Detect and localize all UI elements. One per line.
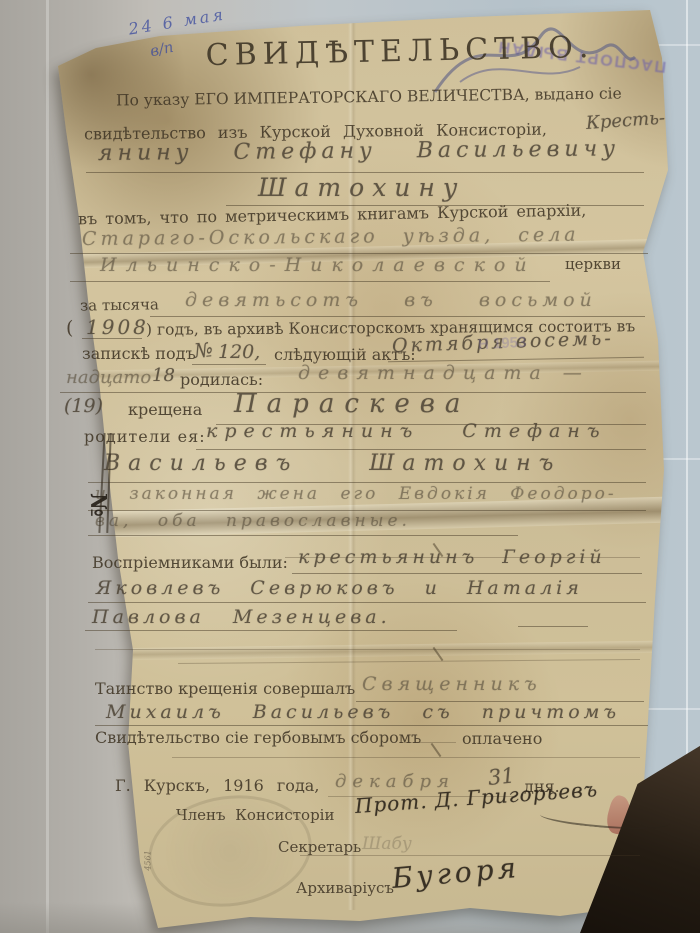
signature-flourish [539, 803, 670, 834]
printed-tainstvo: Таинство крещенія совершалъ [95, 679, 355, 698]
printed-city-year: Г. Курскъ, 1916 года, [115, 776, 319, 795]
printed-rodilas: родилась: [180, 370, 263, 389]
hw-uezd: Стараго-Оскольскаго уѣзда, села [82, 224, 580, 250]
hw-holder-name2: Шатохину [258, 173, 465, 202]
hw-father1: крестьянинъ Стефанъ [206, 420, 606, 442]
printed-za-tysyacha: за тысяча [80, 295, 159, 314]
hw-record-no: 120, [218, 341, 260, 363]
hw-krest: Кресть- [585, 108, 665, 134]
hw-godparent3: Павлова Мезенцева. [92, 606, 391, 628]
printed-church-word: церкви [565, 255, 621, 273]
hw-mother1: и законная жена его Евдокія Феодоро- [95, 484, 617, 504]
entry-rule [88, 482, 646, 483]
hw-day18: 18 [152, 365, 175, 386]
entry-rule [88, 602, 646, 603]
hw-nadtsat: надцато [66, 367, 151, 388]
signature-arhivarius: Бугоря [391, 851, 522, 895]
hw-holder-name1: янину Стефану Васильевичу [98, 136, 620, 166]
printed-gerbovym: Свидѣтельство сіе гербовымъ сборомъ [95, 728, 421, 747]
hw-child-name: Параскева [234, 389, 470, 419]
year-1953-stamp: Н 1953 [478, 334, 527, 354]
pen-note-line1: 24 6 мая [127, 4, 227, 38]
printed-paren-open: ( [66, 317, 73, 339]
printed-vospriemniki: Воспріемниками были: [92, 553, 288, 572]
document-content: 24 6 мая в/п ПАСПОРТ ВЫДАН СВИДѢТЕЛЬСТВО… [0, 0, 700, 933]
blank-rule [178, 659, 640, 664]
hw-mother2: ва, оба православные. [95, 511, 411, 531]
printed-kreshchena: крещена [128, 400, 202, 419]
entry-rule [192, 364, 266, 365]
printed-arhivarius: Архиваріусъ [296, 879, 394, 897]
hw-day19: (19) [64, 395, 103, 417]
hw-priest2: Михаилъ Васильевъ съ причтомъ [106, 701, 620, 723]
printed-oplacheno: оплачено [462, 729, 542, 748]
signature-sekretar: Шабу [362, 834, 412, 854]
printed-zapiske: запискѣ подъ [82, 344, 196, 363]
photo-scene: 24 6 мая в/п ПАСПОРТ ВЫДАН СВИДѢТЕЛЬСТВО… [0, 0, 700, 933]
entry-rule [82, 338, 142, 339]
entry-rule [70, 281, 550, 282]
blank-rule [400, 742, 456, 743]
entry-rule [518, 626, 588, 627]
hw-godparent1: крестьянинъ Георгій [298, 546, 606, 568]
blank-rule [172, 757, 640, 758]
entry-rule [95, 725, 648, 726]
entry-rule [88, 535, 518, 536]
hw-no-sign: № [193, 337, 214, 363]
entry-rule [292, 573, 642, 574]
rule-tick [431, 743, 442, 757]
blank-rule [95, 649, 640, 650]
entry-rule [85, 630, 457, 631]
hw-devyatnadts: девятнадцата — [298, 362, 590, 384]
hw-year-words: девятьсотъ въ восьмой [185, 289, 597, 311]
hw-godparent2: Яковлевъ Севрюковъ и Наталія [96, 577, 583, 599]
faded-round-stamp [141, 785, 319, 917]
hw-priest1: Священникъ [362, 673, 542, 695]
hw-church: Ильинско-Николаевской [100, 254, 536, 276]
entry-rule [196, 449, 646, 450]
pen-note-line2: в/п [148, 38, 175, 60]
hw-year-1908: 1908 [86, 315, 149, 339]
hw-father2: Васильевъ Шатохинъ [104, 451, 561, 476]
